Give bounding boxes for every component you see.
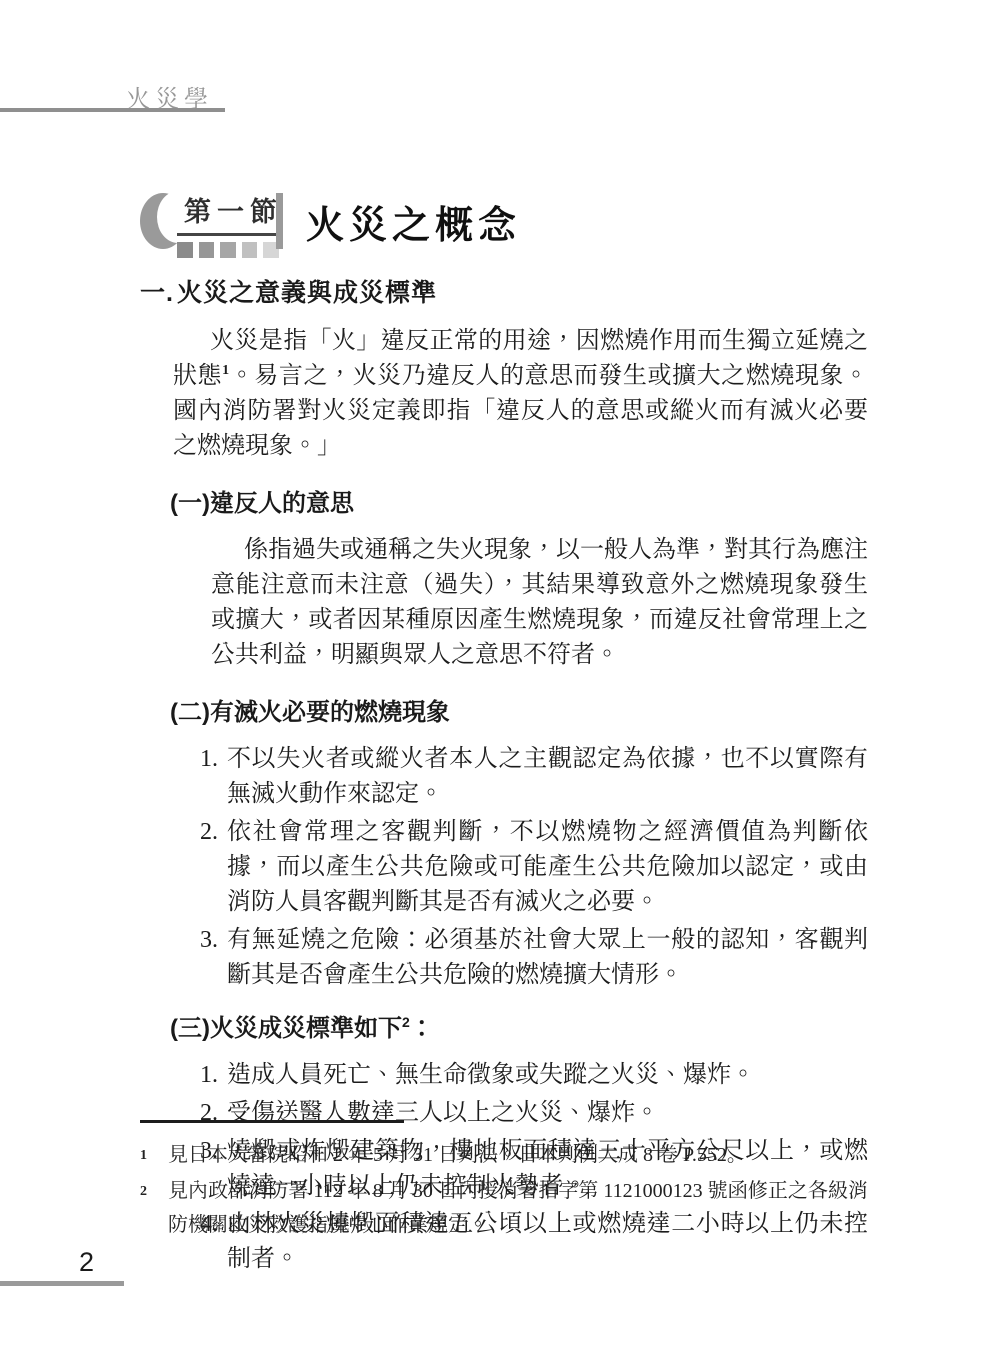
fade-square	[177, 242, 193, 258]
heading-meaning-and-criteria: 一.火災之意義與成災標準	[140, 276, 868, 311]
subheading-title: 違反人的意思	[210, 490, 354, 517]
footnote-marker: 1	[140, 1138, 168, 1173]
need-extinguish-list: 1. 不以失火者或縱火者本人之主觀認定為依據，也不以實際有無滅火動作來認定。 2…	[200, 742, 868, 993]
footnote-text: 見日本大審院昭和 2 年 5 月 31 日判決。日本判例大成 8 卷 P.552…	[168, 1138, 868, 1173]
against-will-paragraph: 係指過失或通稱之失火現象，以一般人為準，對其行為應注意能注意而未注意（過失），其…	[211, 533, 868, 673]
subheading-label: (三)	[170, 1015, 210, 1042]
document-page: 火災學 第一節 火災之概念 一.火災之意義與成災標準 火災是指「火」違反正常的用…	[0, 0, 1000, 1353]
list-item-number: 3.	[200, 923, 227, 993]
fade-square	[220, 242, 236, 258]
list-item-text: 不以失火者或縱火者本人之主觀認定為依據，也不以實際有無滅火動作來認定。	[227, 742, 868, 812]
footnote-marker: 2	[140, 1174, 168, 1242]
subheading-disaster-criteria: (三)火災成災標準如下2：	[170, 1011, 868, 1046]
chapter-label-underline	[177, 233, 277, 236]
list-item-text: 依社會常理之客觀判斷，不以燃燒物之經濟價值為判斷依據，而以產生公共危險或可能產生…	[227, 815, 868, 920]
footer-rule	[0, 1281, 124, 1286]
list-item-number: 1.	[200, 1058, 227, 1093]
subheading-title: 有滅火必要的燃燒現象	[210, 699, 450, 726]
header-rule	[0, 108, 225, 112]
banner-vertical-bar	[276, 193, 283, 249]
chapter-label-box: 第一節	[177, 190, 279, 258]
subheading-against-will: (一)違反人的意思	[170, 486, 868, 521]
subheading-label: (二)	[170, 699, 210, 726]
subheading-title: 火災成災標準如下	[210, 1015, 402, 1042]
fade-square	[199, 242, 215, 258]
fade-square	[242, 242, 258, 258]
heading-text: 火災之意義與成災標準	[177, 279, 437, 307]
heading-number: 一.	[140, 279, 174, 307]
page-number: 2	[79, 1247, 94, 1278]
intro-text-continued: 。易言之，火災乃違反人的意思而發生或擴大之燃燒現象。國內消防署對火災定義即指「違…	[173, 363, 868, 459]
footnote: 1 見日本大審院昭和 2 年 5 月 31 日判決。日本判例大成 8 卷 P.5…	[140, 1138, 868, 1173]
list-item-number: 1.	[200, 742, 227, 812]
footnotes-section: 1 見日本大審院昭和 2 年 5 月 31 日判決。日本判例大成 8 卷 P.5…	[140, 1120, 868, 1243]
footnote-ref-2: 2	[402, 1014, 410, 1030]
footnote-separator-rule	[140, 1120, 404, 1123]
chapter-label: 第一節	[177, 190, 279, 229]
footnote: 2 見內政部消防署 112 年 8 月 30 日內授消署指字第 11210001…	[140, 1174, 868, 1242]
list-item-number: 2.	[200, 815, 227, 920]
subheading-title-colon: ：	[410, 1015, 434, 1042]
list-item: 1. 造成人員死亡、無生命徵象或失蹤之火災、爆炸。	[200, 1058, 868, 1093]
list-item-text: 造成人員死亡、無生命徵象或失蹤之火災、爆炸。	[227, 1058, 868, 1093]
list-item: 1. 不以失火者或縱火者本人之主觀認定為依據，也不以實際有無滅火動作來認定。	[200, 742, 868, 812]
chapter-title: 火災之概念	[306, 194, 521, 249]
subheading-need-extinguish: (二)有滅火必要的燃燒現象	[170, 695, 868, 730]
list-item: 3. 有無延燒之危險：必須基於社會大眾上一般的認知，客觀判斷其是否會產生公共危險…	[200, 923, 868, 993]
subheading-label: (一)	[170, 490, 210, 517]
list-item: 2. 依社會常理之客觀判斷，不以燃燒物之經濟價值為判斷依據，而以產生公共危險或可…	[200, 815, 868, 920]
intro-paragraph: 火災是指「火」違反正常的用途，因燃燒作用而生獨立延燒之狀態1。易言之，火災乃違反…	[173, 324, 868, 464]
section-banner: 第一節 火災之概念	[140, 190, 860, 260]
footnote-text: 見內政部消防署 112 年 8 月 30 日內授消署指字第 1121000123…	[168, 1174, 868, 1242]
fade-squares	[177, 242, 279, 258]
list-item-text: 有無延燒之危險：必須基於社會大眾上一般的認知，客觀判斷其是否會產生公共危險的燃燒…	[227, 923, 868, 993]
